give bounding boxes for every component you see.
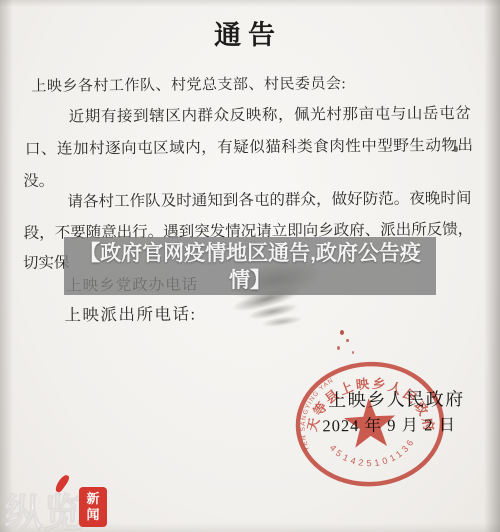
- watermark-news-badge: 新 闻: [79, 487, 107, 527]
- photo-edge-shadow-right: [484, 0, 500, 532]
- notice-paragraph1-line2: 口、连加村逐向屯区域内，有疑似猫科类食肉性中型野生动物出: [25, 133, 473, 159]
- seal-star-icon: [343, 397, 397, 448]
- notice-paragraph2-line3: 切实保: [23, 251, 70, 273]
- badge-char-bottom: 闻: [86, 507, 99, 523]
- red-ink-speck: [337, 346, 340, 350]
- photo-edge-shadow-left: [0, 0, 13, 532]
- notice-photo: 通告 上映乡各村工作队、村党总支部、村民委员会: 近期有接到辖区内群众反映称，佩…: [0, 0, 500, 532]
- official-seal: 天等县上映乡人民政府 4514251011362 YEN SANGYING YA…: [283, 348, 460, 502]
- notice-salutation: 上映乡各村工作队、村党总支部、村民委员会:: [31, 72, 346, 96]
- phone-line-police: 上映派出所电话:: [64, 300, 196, 325]
- caption-overlay: 【政府官网疫情地区通告,政府公告疫 情】: [64, 237, 436, 295]
- paper-mark: [454, 146, 458, 152]
- red-ink-speck: [340, 330, 344, 335]
- badge-char-top: 新: [86, 491, 99, 507]
- watermark-brand-text: 纵览: [4, 482, 84, 532]
- notice-paragraph1-line1: 近期有接到辖区内群众反映称，佩光村那亩屯与山岳屯岔路: [69, 101, 471, 127]
- red-ink-speck: [346, 339, 349, 342]
- caption-line1: 【政府官网疫情地区通告,政府公告疫: [64, 240, 436, 267]
- caption-line2: 情】: [64, 267, 436, 294]
- notice-paragraph2-line1: 请各村工作队及时通知到各屯的群众，做好防范。夜晚时间: [67, 186, 471, 212]
- photo-edge-shadow-top: [0, 0, 500, 7]
- notice-title: 通告: [0, 11, 498, 54]
- notice-paragraph1-line3: 没。: [23, 169, 54, 191]
